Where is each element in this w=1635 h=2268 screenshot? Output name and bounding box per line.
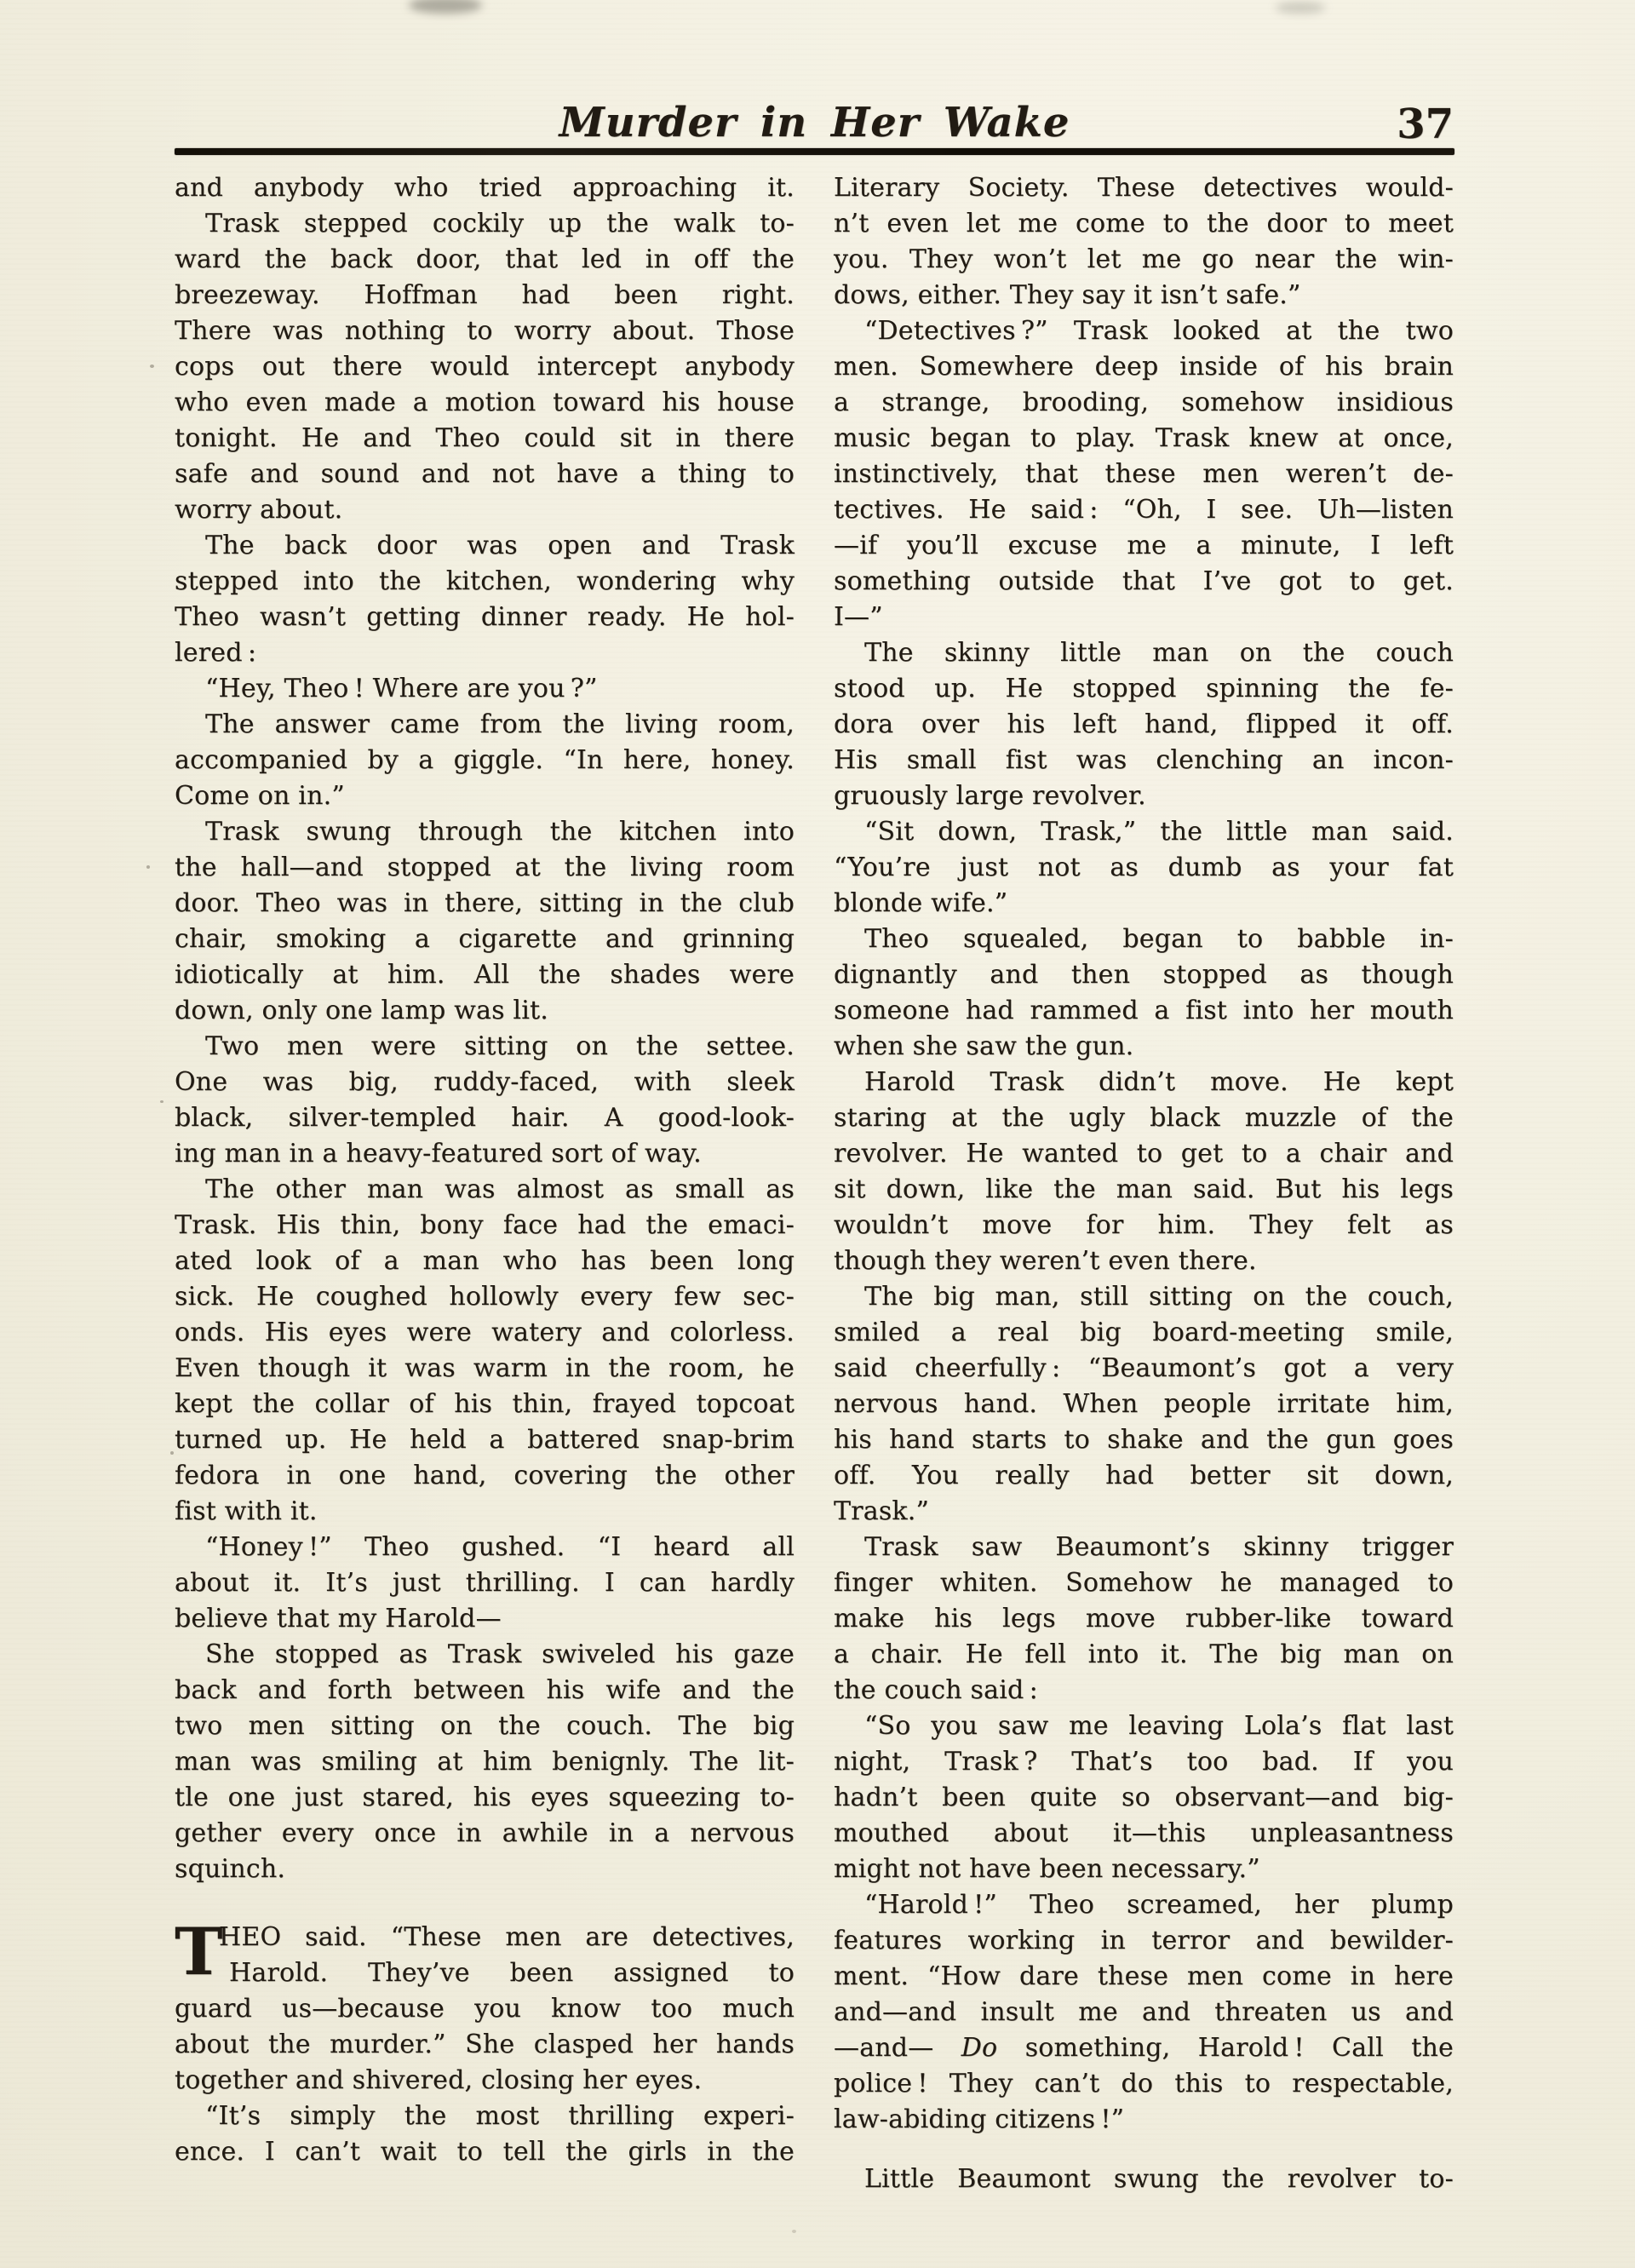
text-line: The big man, still sitting on the couch, bbox=[834, 1279, 1454, 1315]
paragraph: The other man was almost as small asTras… bbox=[175, 1172, 795, 1530]
paragraph: THEO said. “These men are detectives,Har… bbox=[175, 1920, 795, 2099]
text-line: safe and sound and not have a thing to bbox=[175, 456, 795, 492]
text-line: tle one just stared, his eyes squeezing … bbox=[175, 1780, 795, 1816]
paragraph: The big man, still sitting on the couch,… bbox=[834, 1279, 1454, 1530]
text-line: “Hey, Theo ! Where are you ?” bbox=[175, 671, 795, 707]
text-line: together and shivered, closing her eyes. bbox=[175, 2063, 795, 2099]
text-line: about the murder.” She clasped her hands bbox=[175, 2027, 795, 2063]
text-line: accompanied by a giggle. “In here, honey… bbox=[175, 743, 795, 778]
text-line: worry about. bbox=[175, 492, 795, 528]
text-line: blonde wife.” bbox=[834, 886, 1454, 922]
text-line: law-abiding citizens !” bbox=[834, 2102, 1454, 2138]
text-line: breezeway. Hoffman had been right. bbox=[175, 278, 795, 313]
ink-speck bbox=[150, 365, 154, 368]
text-line: Even though it was warm in the room, he bbox=[175, 1351, 795, 1387]
text-line: and anybody who tried approaching it. bbox=[175, 170, 795, 206]
text-line: gether every once in awhile in a nervous bbox=[175, 1816, 795, 1852]
text-segment: something, Harold ! Call the bbox=[997, 2033, 1454, 2063]
scanned-magazine-page: Murder in Her Wake 37 and anybody who tr… bbox=[0, 0, 1635, 2268]
text-line: instinctively, that these men weren’t de… bbox=[834, 456, 1454, 492]
text-line: when she saw the gun. bbox=[834, 1029, 1454, 1065]
text-line: ated look of a man who has been long bbox=[175, 1243, 795, 1279]
ink-speck bbox=[146, 865, 150, 869]
paragraph: “Hey, Theo ! Where are you ?” bbox=[175, 671, 795, 707]
text-line: the couch said : bbox=[834, 1673, 1454, 1708]
text-line: though they weren’t even there. bbox=[834, 1243, 1454, 1279]
text-line: wouldn’t move for him. They felt as bbox=[834, 1208, 1454, 1243]
text-line: Theo squealed, began to babble in- bbox=[834, 922, 1454, 957]
paragraph: She stopped as Trask swiveled his gazeba… bbox=[175, 1637, 795, 1887]
text-line: idiotically at him. All the shades were bbox=[175, 957, 795, 993]
text-line: Harold Trask didn’t move. He kept bbox=[834, 1065, 1454, 1100]
italic-word: Do bbox=[961, 2033, 998, 2063]
paragraph: “So you saw me leaving Lola’s flat lastn… bbox=[834, 1708, 1454, 1887]
text-line: Trask swung through the kitchen into bbox=[175, 814, 795, 850]
paragraph: The skinny little man on the couchstood … bbox=[834, 635, 1454, 814]
paragraph: Trask swung through the kitchen intothe … bbox=[175, 814, 795, 1029]
text-line: down, only one lamp was lit. bbox=[175, 993, 795, 1029]
text-line: tonight. He and Theo could sit in there bbox=[175, 421, 795, 456]
paragraph: “It’s simply the most thrilling experi-e… bbox=[175, 2099, 795, 2170]
text-line: The back door was open and Trask bbox=[175, 528, 795, 564]
page-number: 37 bbox=[1397, 104, 1454, 145]
text-line: black, silver-templed hair. A good-look- bbox=[175, 1100, 795, 1136]
text-line: hadn’t been quite so observant—and big- bbox=[834, 1780, 1454, 1816]
ink-speck bbox=[170, 1451, 174, 1455]
text-line: dignantly and then stopped as though bbox=[834, 957, 1454, 993]
paragraph: The back door was open and Traskstepped … bbox=[175, 528, 795, 671]
text-line: There was nothing to worry about. Those bbox=[175, 313, 795, 349]
text-line: door. Theo was in there, sitting in the … bbox=[175, 886, 795, 922]
text-line: Theo wasn’t getting dinner ready. He hol… bbox=[175, 600, 795, 635]
text-line: Trask.” bbox=[834, 1494, 1454, 1530]
text-line: who even made a motion toward his house bbox=[175, 385, 795, 421]
text-line: HEO said. “These men are detectives, bbox=[175, 1920, 795, 1955]
text-line: men. Somewhere deep inside of his brain bbox=[834, 349, 1454, 385]
header-rule bbox=[175, 148, 1454, 155]
text-line: features working in terror and bewilder- bbox=[834, 1923, 1454, 1959]
text-line: Little Beaumont swung the revolver to- bbox=[834, 2162, 1454, 2197]
text-line: Trask saw Beaumont’s skinny trigger bbox=[834, 1530, 1454, 1565]
text-line: dora over his left hand, flipped it off. bbox=[834, 707, 1454, 743]
text-line: sick. He coughed hollowly every few sec- bbox=[175, 1279, 795, 1315]
text-line: The skinny little man on the couch bbox=[834, 635, 1454, 671]
text-line: —if you’ll excuse me a minute, I left bbox=[834, 528, 1454, 564]
text-line: kept the collar of his thin, frayed topc… bbox=[175, 1387, 795, 1422]
text-line: Trask stepped cockily up the walk to- bbox=[175, 206, 795, 242]
paragraph: “Harold !” Theo screamed, her plumpfeatu… bbox=[834, 1887, 1454, 2138]
text-line: I—” bbox=[834, 600, 1454, 635]
text-line: ence. I can’t wait to tell the girls in … bbox=[175, 2134, 795, 2170]
scan-smudge bbox=[409, 0, 482, 14]
text-line: chair, smoking a cigarette and grinning bbox=[175, 922, 795, 957]
paragraph: Trask saw Beaumont’s skinny triggerfinge… bbox=[834, 1530, 1454, 1708]
text-line: off. You really had better sit down, bbox=[834, 1458, 1454, 1494]
text-line: tectives. He said : “Oh, I see. Uh—liste… bbox=[834, 492, 1454, 528]
ink-speck bbox=[792, 2230, 796, 2233]
text-line: police ! They can’t do this to respectab… bbox=[834, 2066, 1454, 2102]
text-line: believe that my Harold— bbox=[175, 1601, 795, 1637]
text-column-right: Literary Society. These detectives would… bbox=[834, 170, 1454, 2197]
text-line: the hall—and stopped at the living room bbox=[175, 850, 795, 886]
text-line: “It’s simply the most thrilling experi- bbox=[175, 2099, 795, 2134]
text-line: cops out there would intercept anybody bbox=[175, 349, 795, 385]
text-line: music began to play. Trask knew at once, bbox=[834, 421, 1454, 456]
text-line: The answer came from the living room, bbox=[175, 707, 795, 743]
text-line: Come on in.” bbox=[175, 778, 795, 814]
text-line: His small fist was clenching an incon- bbox=[834, 743, 1454, 778]
text-segment: —and— bbox=[834, 2033, 961, 2063]
text-line: night, Trask ? That’s too bad. If you bbox=[834, 1744, 1454, 1780]
text-line: sit down, like the man said. But his leg… bbox=[834, 1172, 1454, 1208]
text-line: lered : bbox=[175, 635, 795, 671]
scan-smudge bbox=[1276, 2, 1325, 14]
text-line: squinch. bbox=[175, 1852, 795, 1887]
text-line: fedora in one hand, covering the other bbox=[175, 1458, 795, 1494]
text-line: someone had rammed a fist into her mouth bbox=[834, 993, 1454, 1029]
text-line: ment. “How dare these men come in here bbox=[834, 1959, 1454, 1995]
ink-speck bbox=[160, 1100, 163, 1103]
text-line: fist with it. bbox=[175, 1494, 795, 1530]
drop-cap-letter: T bbox=[175, 1926, 223, 1978]
paragraph: Trask stepped cockily up the walk to-war… bbox=[175, 206, 795, 528]
paragraph: Theo squealed, began to babble in-dignan… bbox=[834, 922, 1454, 1065]
paragraph: The answer came from the living room,acc… bbox=[175, 707, 795, 814]
text-line: revolver. He wanted to get to a chair an… bbox=[834, 1136, 1454, 1172]
text-line: said cheerfully : “Beaumont’s got a very bbox=[834, 1351, 1454, 1387]
text-line: The other man was almost as small as bbox=[175, 1172, 795, 1208]
text-line: ward the back door, that led in off the bbox=[175, 242, 795, 278]
text-line: gruously large revolver. bbox=[834, 778, 1454, 814]
text-line: n’t even let me come to the door to meet bbox=[834, 206, 1454, 242]
text-line: stepped into the kitchen, wondering why bbox=[175, 564, 795, 600]
paragraph: Two men were sitting on the settee.One w… bbox=[175, 1029, 795, 1172]
paragraph: and anybody who tried approaching it. bbox=[175, 170, 795, 206]
running-title: Murder in Her Wake bbox=[175, 102, 1454, 143]
text-line: two men sitting on the couch. The big bbox=[175, 1708, 795, 1744]
paragraph: “Sit down, Trask,” the little man said.“… bbox=[834, 814, 1454, 922]
paragraph: “Detectives ?” Trask looked at the twome… bbox=[834, 313, 1454, 635]
text-line: nervous hand. When people irritate him, bbox=[834, 1387, 1454, 1422]
text-line: Two men were sitting on the settee. bbox=[175, 1029, 795, 1065]
text-line: something outside that I’ve got to get. bbox=[834, 564, 1454, 600]
text-line: dows, either. They say it isn’t safe.” bbox=[834, 278, 1454, 313]
text-line: Trask. His thin, bony face had the emaci… bbox=[175, 1208, 795, 1243]
paragraph: Harold Trask didn’t move. He keptstaring… bbox=[834, 1065, 1454, 1279]
text-line: “So you saw me leaving Lola’s flat last bbox=[834, 1708, 1454, 1744]
text-line: man was smiling at him benignly. The lit… bbox=[175, 1744, 795, 1780]
text-line: back and forth between his wife and the bbox=[175, 1673, 795, 1708]
text-line: onds. His eyes were watery and colorless… bbox=[175, 1315, 795, 1351]
text-line: staring at the ugly black muzzle of the bbox=[834, 1100, 1454, 1136]
text-line: a chair. He fell into it. The big man on bbox=[834, 1637, 1454, 1673]
text-line: a strange, brooding, somehow insidious bbox=[834, 385, 1454, 421]
text-line: “You’re just not as dumb as your fat bbox=[834, 850, 1454, 886]
text-line: Harold. They’ve been assigned to bbox=[175, 1955, 795, 1991]
text-line: mouthed about it—this unpleasantness bbox=[834, 1816, 1454, 1852]
text-column-left: and anybody who tried approaching it.Tra… bbox=[175, 170, 795, 2170]
text-line: Literary Society. These detectives would… bbox=[834, 170, 1454, 206]
text-line: stood up. He stopped spinning the fe- bbox=[834, 671, 1454, 707]
text-line: smiled a real big board-meeting smile, bbox=[834, 1315, 1454, 1351]
text-line: might not have been necessary.” bbox=[834, 1852, 1454, 1887]
paragraph: Little Beaumont swung the revolver to- bbox=[834, 2162, 1454, 2197]
text-line: finger whiten. Somehow he managed to bbox=[834, 1565, 1454, 1601]
text-line: “Detectives ?” Trask looked at the two bbox=[834, 313, 1454, 349]
text-line: —and— Do something, Harold ! Call the bbox=[834, 2030, 1454, 2066]
text-line: One was big, ruddy-faced, with sleek bbox=[175, 1065, 795, 1100]
text-line: his hand starts to shake and the gun goe… bbox=[834, 1422, 1454, 1458]
text-line: She stopped as Trask swiveled his gaze bbox=[175, 1637, 795, 1673]
text-line: and—and insult me and threaten us and bbox=[834, 1995, 1454, 2030]
text-line: about it. It’s just thrilling. I can har… bbox=[175, 1565, 795, 1601]
text-line: “Honey !” Theo gushed. “I heard all bbox=[175, 1530, 795, 1565]
text-line: turned up. He held a battered snap-brim bbox=[175, 1422, 795, 1458]
text-line: “Harold !” Theo screamed, her plump bbox=[834, 1887, 1454, 1923]
text-line: “Sit down, Trask,” the little man said. bbox=[834, 814, 1454, 850]
paragraph: “Honey !” Theo gushed. “I heard allabout… bbox=[175, 1530, 795, 1637]
text-line: make his legs move rubber-like toward bbox=[834, 1601, 1454, 1637]
paragraph: Literary Society. These detectives would… bbox=[834, 170, 1454, 313]
text-line: ing man in a heavy-featured sort of way. bbox=[175, 1136, 795, 1172]
text-line: guard us—because you know too much bbox=[175, 1991, 795, 2027]
text-line: you. They won’t let me go near the win- bbox=[834, 242, 1454, 278]
